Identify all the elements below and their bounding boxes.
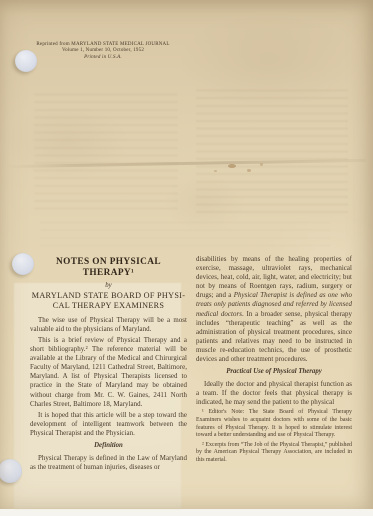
definition-heading: Definition <box>30 442 187 450</box>
paragraph-definition-continued: disabilities by means of the healing pro… <box>196 255 352 364</box>
right-column: disabilities by means of the healing pro… <box>196 255 352 465</box>
footnote-editors-note: ¹ Editor's Note: The State Board of Phys… <box>196 409 352 439</box>
printed-in-line: Printed in U.S.A. <box>32 55 174 61</box>
byline: by <box>30 281 187 290</box>
paragraph-intro: The wise use of Physical Therapy will be… <box>30 316 187 334</box>
definition-text-normal: . In a broader sense, physical therapy i… <box>196 311 352 363</box>
paragraph-hope: It is hoped that this article will be a … <box>30 411 187 438</box>
practical-use-heading: Practical Use of Physical Therapy <box>196 368 352 376</box>
paper-sheet: Reprinted from MARYLAND STATE MEDICAL JO… <box>0 0 373 509</box>
paragraph-definition: Physical Therapy is defined in the Law o… <box>30 454 187 472</box>
stain-spot <box>228 164 236 168</box>
scanned-reprint-page: Reprinted from MARYLAND STATE MEDICAL JO… <box>0 0 373 516</box>
author-board-name: MARYLAND STATE BOARD OF PHYSI- CAL THERA… <box>30 291 187 312</box>
reprint-notice: Reprinted from MARYLAND STATE MEDICAL JO… <box>32 42 174 61</box>
showthrough-text-right <box>196 84 348 216</box>
showthrough-text-middle <box>40 216 330 250</box>
stain-spot <box>214 170 217 172</box>
paragraph-review: This is a brief review of Physical Thera… <box>30 336 187 409</box>
stain-spot <box>260 163 263 166</box>
footnote-excerpts: ² Excerpts from “The Job of the Physical… <box>196 442 352 465</box>
article-title: NOTES ON PHYSICAL THERAPY¹ <box>30 257 187 279</box>
stain-spot <box>247 169 251 172</box>
paragraph-practical: Ideally the doctor and physical therapis… <box>196 380 352 407</box>
fold-crease <box>6 159 366 168</box>
left-column: NOTES ON PHYSICAL THERAPY¹ by MARYLAND S… <box>30 257 187 474</box>
showthrough-text-left <box>34 88 178 210</box>
